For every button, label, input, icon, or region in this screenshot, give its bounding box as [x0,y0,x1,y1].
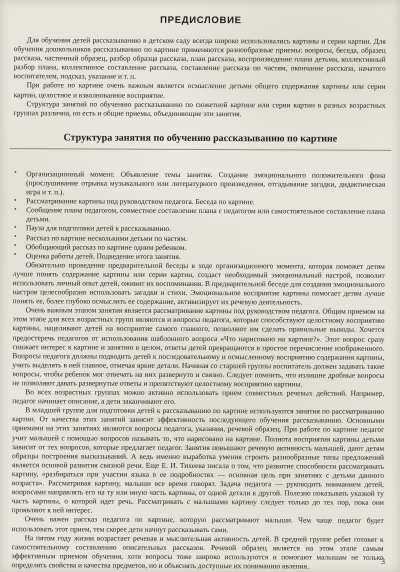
section-body: •Организационный момент. Объявление темы… [0,169,400,571]
list-item: •Оценка работы детей. Подведение итога з… [13,251,385,262]
bullet-dot-icon: • [14,232,16,241]
bullet-dot-icon: • [14,241,16,250]
page-content: ПРЕДИСЛОВИЕ Для обучения детей рассказыв… [0,0,400,571]
preface-paragraph: Структура занятий по обучению рассказыва… [13,99,385,119]
preface-paragraph: Для обучения детей рассказыванию в детск… [14,35,386,82]
section-divider [9,148,391,151]
page-number: 3 [381,557,385,566]
section-paragraph: Обязательно проведение предварительной б… [13,260,385,307]
list-item-text: Организационный момент. Объявление темы … [26,169,385,196]
page-title: ПРЕДИСЛОВИЕ [1,14,400,27]
list-item-text: Оценка работы детей. Подведение итога за… [26,251,181,261]
section-paragraph: Во всех возрастных группах можно активно… [12,387,384,407]
scanned-book-page: ПРЕДИСЛОВИЕ Для обучения детей рассказыв… [0,0,400,572]
section-paragraph: На пятом году жизни возрастает речевая и… [12,533,384,571]
bullet-list: •Организационный момент. Объявление темы… [13,169,385,262]
list-item-text: Пауза для подготовки детей к рассказыван… [26,224,171,234]
preface-paragraph: При работе по картине очень важным являе… [14,81,386,101]
bullet-dot-icon: • [14,250,16,259]
section-paragraph: Очень важен рассказ педагога по картине,… [12,515,384,535]
section-heading: Структура занятия по обучению рассказыва… [9,132,391,145]
section-paragraph: Очень важным этапом занятия является рас… [12,305,384,388]
bullet-dot-icon: • [14,196,16,205]
preface-block: Для обучения детей рассказыванию в детск… [0,35,400,119]
bullet-dot-icon: • [14,223,16,232]
list-item: •Сообщение плана педагогом, совместное с… [13,205,385,225]
bullet-dot-icon: • [14,205,16,214]
list-item: •Организационный момент. Объявление темы… [13,169,385,198]
bullet-dot-icon: • [14,169,16,178]
list-item-text: Сообщение плана педагогом, совместное со… [26,205,385,223]
section-paragraph: В младшей группе для подготовки детей к … [12,405,384,516]
